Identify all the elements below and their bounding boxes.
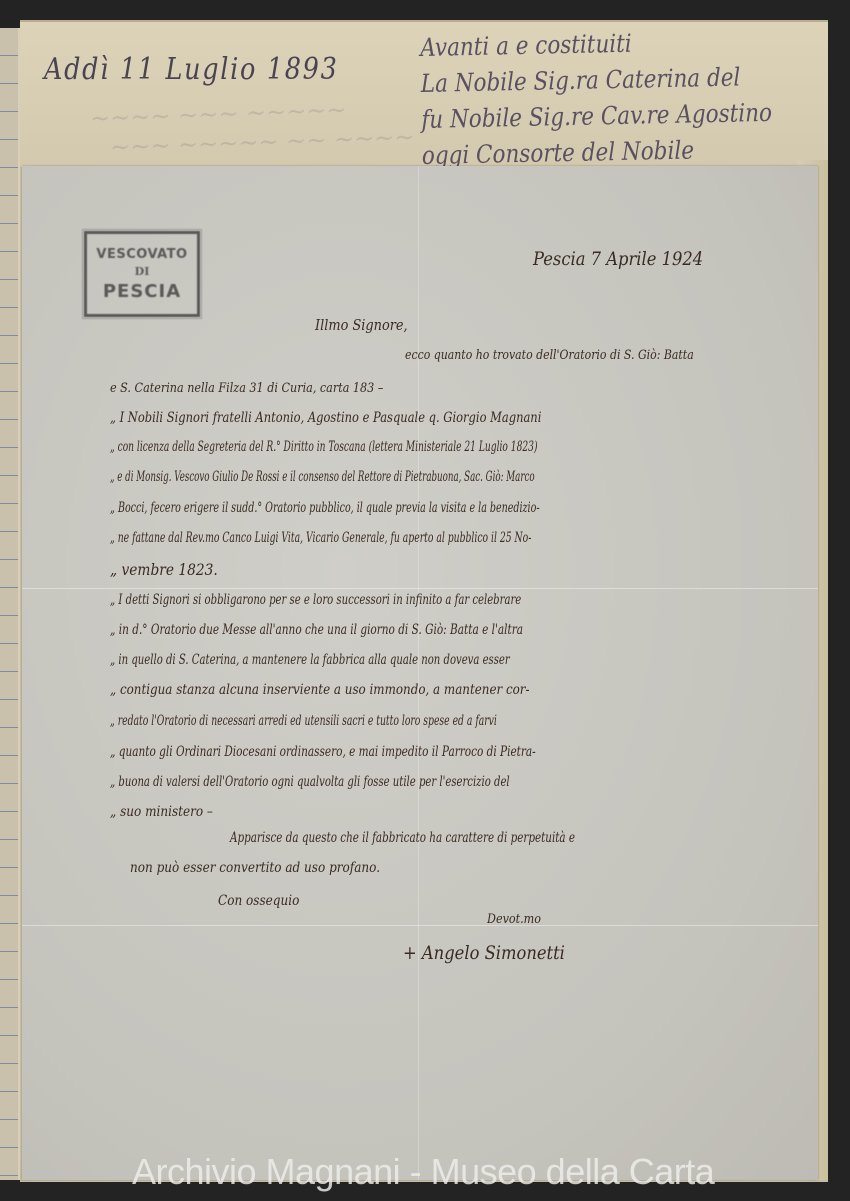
letter-place-date: Pescia 7 Aprile 1924 (533, 248, 703, 270)
letter-line: „ quanto gli Ordinari Diocesani ordinass… (110, 744, 536, 760)
letter-sheet (22, 166, 818, 1180)
letter-line: „ suo ministero – (110, 804, 213, 820)
letter-line: e S. Caterina nella Filza 31 di Curia, c… (110, 381, 383, 396)
letter-line: „ ne fattane dal Rev.mo Canco Luigi Vita… (110, 530, 531, 546)
letter-line: „ e di Monsig. Vescovo Giulio De Rossi e… (110, 469, 535, 485)
stamp-line: VESCOVATO (96, 247, 187, 262)
letter-line: „ con licenza della Segreteria del R.° D… (110, 439, 537, 455)
back-sheet-note: Avanti a e costituiti La Nobile Sig.ra C… (420, 23, 766, 174)
letter-line: Apparisce da questo che il fabbricato ha… (230, 830, 575, 846)
letter-line: ecco quanto ho trovato dell'Oratorio di … (405, 348, 694, 363)
stamp-line: PESCIA (103, 281, 181, 302)
signature-prefix: Devot.mo (487, 912, 541, 927)
letter-line: „ in quello di S. Caterina, a mantenere … (110, 652, 510, 668)
back-sheet-note-line: fu Nobile Sig.re Cav.re Agostino (421, 95, 765, 138)
letter-salutation: Illmo Signore, (315, 316, 408, 334)
letter-line: „ in d.° Oratorio due Messe all'anno che… (110, 622, 523, 638)
signature: + Angelo Simonetti (403, 942, 565, 964)
paper-fold-line (22, 925, 818, 926)
letter-closing: Con ossequio (218, 893, 299, 909)
letter-line: „ redato l'Oratorio di necessari arredi … (110, 713, 497, 729)
bishopric-stamp: VESCOVATO DI PESCIA (84, 231, 200, 317)
archive-watermark: Archivio Magnani - Museo della Carta (132, 1151, 850, 1193)
paper-fold-line (418, 166, 419, 1180)
letter-line: „ Bocci, fecero erigere il sudd.° Orator… (110, 500, 540, 516)
letter-line: „ vembre 1823. (110, 560, 218, 579)
letter-line: „ I detti Signori si obbligarono per se … (110, 592, 521, 608)
back-sheet-date-heading: Addì 11 Luglio 1893 (44, 52, 339, 87)
stamp-line: DI (135, 265, 150, 278)
letter-line: „ buona di valersi dell'Oratorio ogni qu… (110, 774, 510, 790)
paper-fold-line (22, 588, 818, 589)
letter-line: non può esser convertito ad uso profano. (130, 860, 380, 876)
letter-line: „ contigua stanza alcuna inserviente a u… (110, 682, 530, 698)
letter-line: „ I Nobili Signori fratelli Antonio, Ago… (110, 410, 541, 426)
